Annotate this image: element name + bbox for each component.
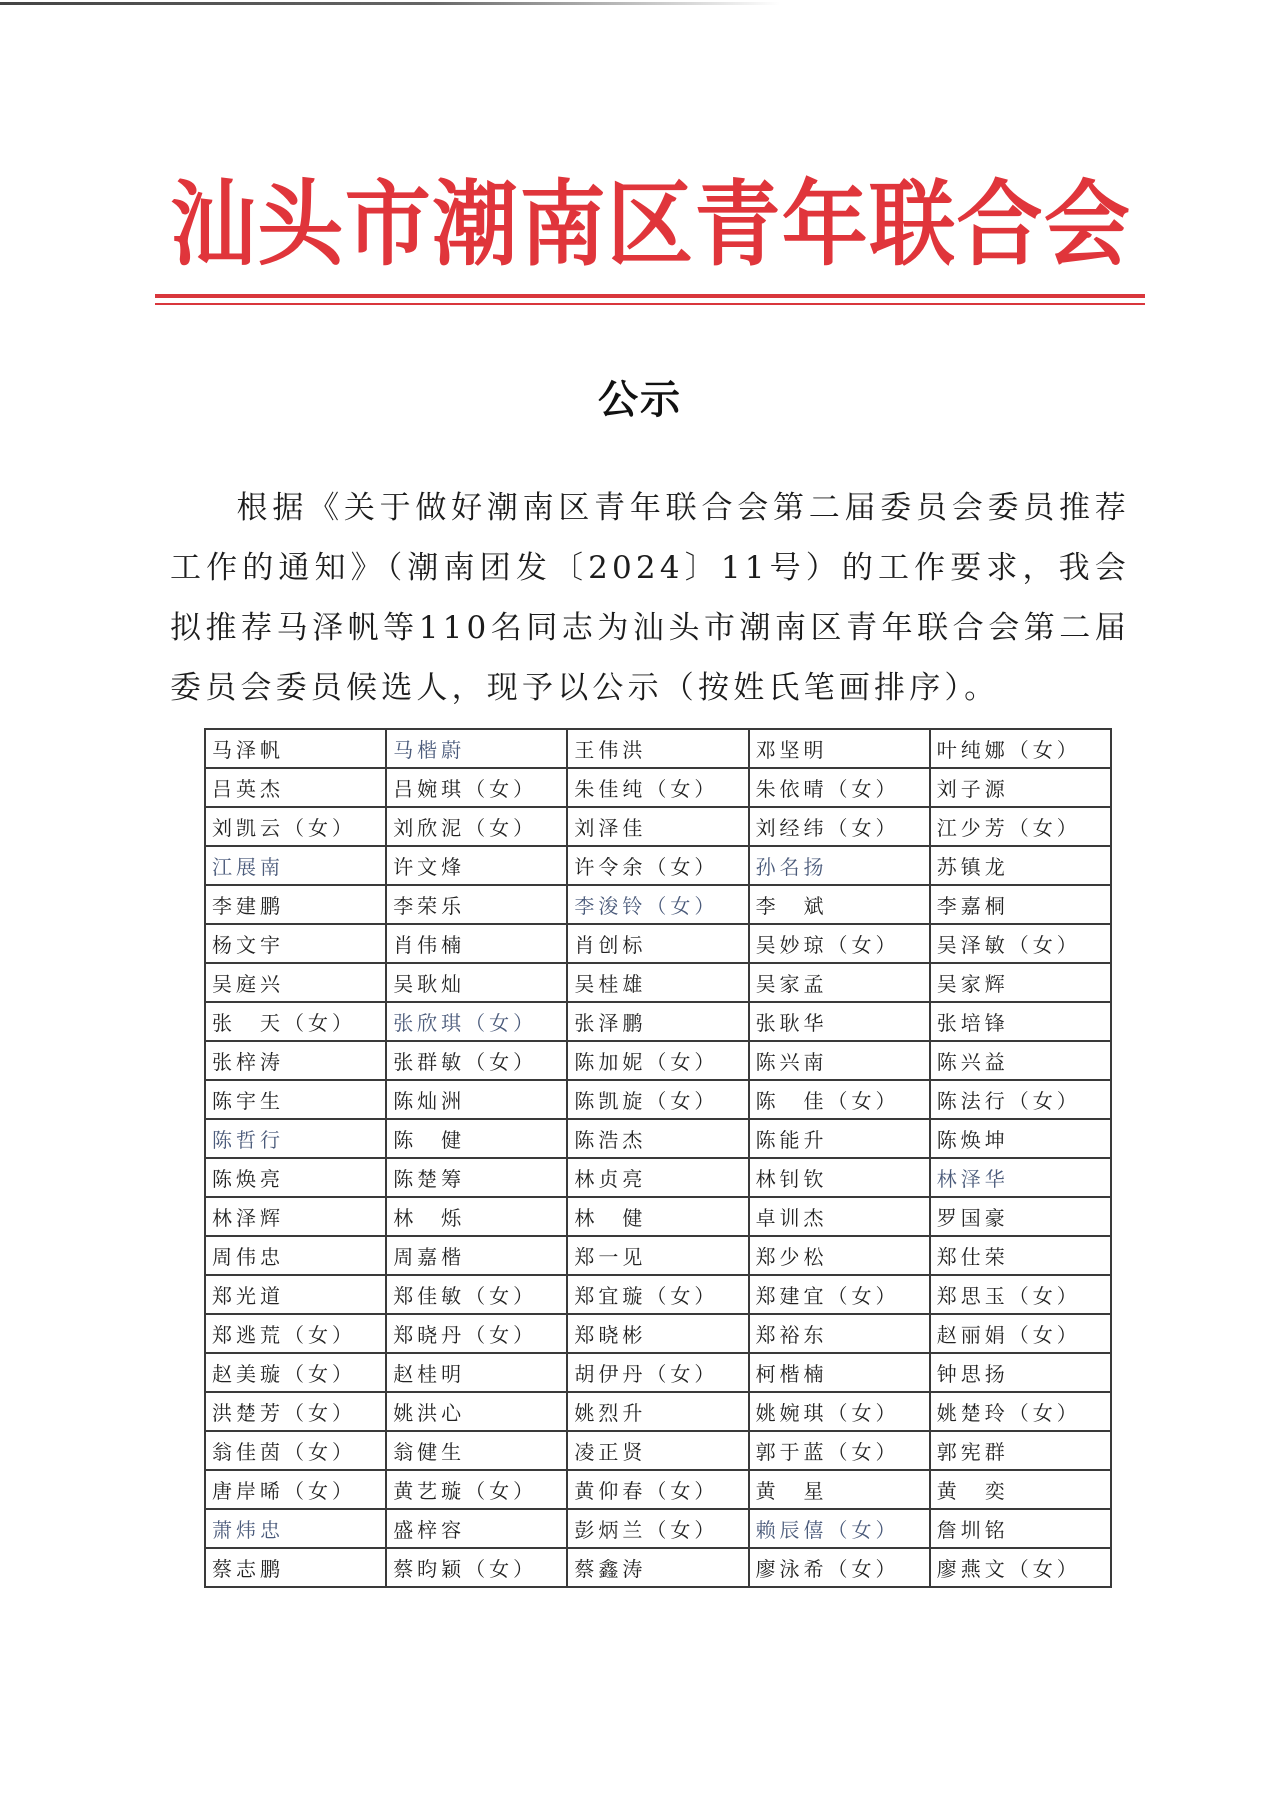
candidate-name-cell: 胡伊丹（女） <box>567 1353 748 1392</box>
candidate-name-cell: 马泽帆 <box>205 729 386 768</box>
letterhead-char: 联 <box>869 179 955 272</box>
table-row: 张 天（女）张欣琪（女）张泽鹏张耿华张培锋 <box>205 1002 1111 1041</box>
candidate-name-cell: 翁健生 <box>386 1431 567 1470</box>
candidate-name-cell: 郑少松 <box>749 1236 930 1275</box>
table-row: 陈哲行陈 健陈浩杰陈能升陈焕坤 <box>205 1119 1111 1158</box>
candidate-name-cell: 陈焕亮 <box>205 1158 386 1197</box>
candidate-name-cell: 吴耿灿 <box>386 963 567 1002</box>
candidate-name-cell: 张泽鹏 <box>567 1002 748 1041</box>
candidate-name-cell: 李建鹏 <box>205 885 386 924</box>
candidate-name-cell: 吴桂雄 <box>567 963 748 1002</box>
candidate-name-cell: 姚婉琪（女） <box>749 1392 930 1431</box>
candidate-name-cell: 洪楚芳（女） <box>205 1392 386 1431</box>
candidate-name-cell: 郭宪群 <box>930 1431 1111 1470</box>
candidate-name-cell: 张耿华 <box>749 1002 930 1041</box>
letterhead-char: 会 <box>1044 179 1130 272</box>
candidate-name-cell: 陈 佳（女） <box>749 1080 930 1119</box>
candidate-name-cell: 萧炜忠 <box>205 1509 386 1548</box>
candidate-name-cell: 陈哲行 <box>205 1119 386 1158</box>
candidate-name-cell: 廖燕文（女） <box>930 1548 1111 1587</box>
candidate-name-cell: 陈兴南 <box>749 1041 930 1080</box>
candidate-name-cell: 李荣乐 <box>386 885 567 924</box>
table-row: 萧炜忠盛梓容彭炳兰（女）赖辰僖（女）詹圳铭 <box>205 1509 1111 1548</box>
candidate-name-cell: 郑佳敏（女） <box>386 1275 567 1314</box>
document-title: 公示 <box>0 368 1280 425</box>
letterhead-org-name: 汕 头 市 潮 南 区 青 年 联 合 会 <box>170 170 1130 280</box>
candidate-name-cell: 郑裕东 <box>749 1314 930 1353</box>
candidate-name-cell: 陈浩杰 <box>567 1119 748 1158</box>
table-row: 江展南许文烽许令余（女）孙名扬苏镇龙 <box>205 846 1111 885</box>
letterhead-char: 南 <box>520 179 606 272</box>
candidate-name-cell: 蔡昀颖（女） <box>386 1548 567 1587</box>
candidate-name-cell: 陈灿洲 <box>386 1080 567 1119</box>
candidate-name-cell: 苏镇龙 <box>930 846 1111 885</box>
candidate-name-cell: 詹圳铭 <box>930 1509 1111 1548</box>
candidate-name-table: 马泽帆马楷蔚王伟洪邓坚明叶纯娜（女）吕英杰吕婉琪（女）朱佳纯（女）朱依晴（女）刘… <box>204 728 1112 1588</box>
letterhead-char: 头 <box>257 179 343 272</box>
candidate-name-cell: 蔡鑫涛 <box>567 1548 748 1587</box>
candidate-name-cell: 郑一见 <box>567 1236 748 1275</box>
candidate-name-cell: 张梓涛 <box>205 1041 386 1080</box>
letterhead-char: 合 <box>957 179 1043 272</box>
candidate-name-cell: 黄 星 <box>749 1470 930 1509</box>
table-row: 杨文宇肖伟楠肖创标吴妙琼（女）吴泽敏（女） <box>205 924 1111 963</box>
candidate-name-cell: 张培锋 <box>930 1002 1111 1041</box>
candidate-name-cell: 盛梓容 <box>386 1509 567 1548</box>
candidate-name-cell: 陈兴益 <box>930 1041 1111 1080</box>
candidate-name-cell: 杨文宇 <box>205 924 386 963</box>
table-row: 马泽帆马楷蔚王伟洪邓坚明叶纯娜（女） <box>205 729 1111 768</box>
candidate-name-cell: 黄艺璇（女） <box>386 1470 567 1509</box>
candidate-name-cell: 刘经纬（女） <box>749 807 930 846</box>
candidate-name-cell: 刘凯云（女） <box>205 807 386 846</box>
letterhead-char: 市 <box>345 179 431 272</box>
candidate-name-cell: 江展南 <box>205 846 386 885</box>
candidate-name-cell: 姚洪心 <box>386 1392 567 1431</box>
candidate-name-cell: 郑仕荣 <box>930 1236 1111 1275</box>
table-row: 吕英杰吕婉琪（女）朱佳纯（女）朱依晴（女）刘子源 <box>205 768 1111 807</box>
candidate-name-cell: 吕英杰 <box>205 768 386 807</box>
candidate-name-cell: 吕婉琪（女） <box>386 768 567 807</box>
candidate-name-cell: 陈焕坤 <box>930 1119 1111 1158</box>
candidate-name-cell: 李嘉桐 <box>930 885 1111 924</box>
candidate-name-cell: 林钊钦 <box>749 1158 930 1197</box>
table-row: 陈焕亮陈楚筹林贞亮林钊钦林泽华 <box>205 1158 1111 1197</box>
scan-artifact-line <box>0 2 780 5</box>
candidate-name-cell: 姚楚玲（女） <box>930 1392 1111 1431</box>
candidate-name-cell: 郑建宜（女） <box>749 1275 930 1314</box>
candidate-name-cell: 郑晓彬 <box>567 1314 748 1353</box>
candidate-name-cell: 吴庭兴 <box>205 963 386 1002</box>
candidate-name-cell: 张群敏（女） <box>386 1041 567 1080</box>
table-row: 唐岸晞（女）黄艺璇（女）黄仰春（女）黄 星黄 奕 <box>205 1470 1111 1509</box>
letterhead-char: 潮 <box>432 179 518 272</box>
candidate-name-cell: 许文烽 <box>386 846 567 885</box>
candidate-name-cell: 吴妙琼（女） <box>749 924 930 963</box>
table-row: 郑光道郑佳敏（女）郑宜璇（女）郑建宜（女）郑思玉（女） <box>205 1275 1111 1314</box>
letterhead-divider-thick <box>155 294 1145 298</box>
table-row: 刘凯云（女）刘欣泥（女）刘泽佳刘经纬（女）江少芳（女） <box>205 807 1111 846</box>
table-row: 林泽辉林 烁林 健卓训杰罗国豪 <box>205 1197 1111 1236</box>
candidate-name-cell: 吴家孟 <box>749 963 930 1002</box>
letterhead-divider-thin <box>155 303 1145 305</box>
candidate-name-cell: 陈凯旋（女） <box>567 1080 748 1119</box>
candidate-name-cell: 江少芳（女） <box>930 807 1111 846</box>
candidate-name-cell: 李 斌 <box>749 885 930 924</box>
candidate-name-cell: 马楷蔚 <box>386 729 567 768</box>
table-row: 蔡志鹏蔡昀颖（女）蔡鑫涛廖泳希（女）廖燕文（女） <box>205 1548 1111 1587</box>
candidate-name-cell: 王伟洪 <box>567 729 748 768</box>
table-row: 周伟忠周嘉楷郑一见郑少松郑仕荣 <box>205 1236 1111 1275</box>
table-row: 洪楚芳（女）姚洪心姚烈升姚婉琪（女）姚楚玲（女） <box>205 1392 1111 1431</box>
candidate-name-cell: 郑晓丹（女） <box>386 1314 567 1353</box>
candidate-name-cell: 李浚铃（女） <box>567 885 748 924</box>
candidate-name-cell: 叶纯娜（女） <box>930 729 1111 768</box>
candidate-name-cell: 林 健 <box>567 1197 748 1236</box>
table-row: 郑逃荒（女）郑晓丹（女）郑晓彬郑裕东赵丽娟（女） <box>205 1314 1111 1353</box>
candidate-name-cell: 朱依晴（女） <box>749 768 930 807</box>
candidate-name-cell: 林泽辉 <box>205 1197 386 1236</box>
candidate-name-cell: 林泽华 <box>930 1158 1111 1197</box>
candidate-name-cell: 林 烁 <box>386 1197 567 1236</box>
announcement-text: 根据《关于做好潮南区青年联合会第二届委员会委员推荐工作的通知》（潮南团发〔202… <box>170 490 1130 706</box>
candidate-name-cell: 翁佳茵（女） <box>205 1431 386 1470</box>
table-row: 张梓涛张群敏（女）陈加妮（女）陈兴南陈兴益 <box>205 1041 1111 1080</box>
announcement-paragraph: 根据《关于做好潮南区青年联合会第二届委员会委员推荐工作的通知》（潮南团发〔202… <box>170 478 1130 718</box>
candidate-name-cell: 郑思玉（女） <box>930 1275 1111 1314</box>
candidate-name-cell: 郑光道 <box>205 1275 386 1314</box>
candidate-name-cell: 彭炳兰（女） <box>567 1509 748 1548</box>
candidate-name-cell: 陈 健 <box>386 1119 567 1158</box>
candidate-name-cell: 郭于蓝（女） <box>749 1431 930 1470</box>
candidate-name-cell: 黄仰春（女） <box>567 1470 748 1509</box>
candidate-name-cell: 朱佳纯（女） <box>567 768 748 807</box>
candidate-name-cell: 周嘉楷 <box>386 1236 567 1275</box>
candidate-name-cell: 黄 奕 <box>930 1470 1111 1509</box>
candidate-name-cell: 肖伟楠 <box>386 924 567 963</box>
letterhead-char: 区 <box>607 179 693 272</box>
letterhead-char: 汕 <box>170 179 256 272</box>
candidate-name-cell: 郑宜璇（女） <box>567 1275 748 1314</box>
candidate-name-cell: 孙名扬 <box>749 846 930 885</box>
candidate-name-cell: 唐岸晞（女） <box>205 1470 386 1509</box>
letterhead-char: 青 <box>694 179 780 272</box>
candidate-name-cell: 卓训杰 <box>749 1197 930 1236</box>
candidate-name-cell: 许令余（女） <box>567 846 748 885</box>
candidate-name-cell: 郑逃荒（女） <box>205 1314 386 1353</box>
candidate-name-cell: 凌正贤 <box>567 1431 748 1470</box>
candidate-name-cell: 柯楷楠 <box>749 1353 930 1392</box>
candidate-name-cell: 廖泳希（女） <box>749 1548 930 1587</box>
candidate-name-cell: 林贞亮 <box>567 1158 748 1197</box>
candidate-name-cell: 赵桂明 <box>386 1353 567 1392</box>
candidate-name-cell: 蔡志鹏 <box>205 1548 386 1587</box>
candidate-name-cell: 罗国豪 <box>930 1197 1111 1236</box>
table-row: 李建鹏李荣乐李浚铃（女）李 斌李嘉桐 <box>205 885 1111 924</box>
candidate-name-cell: 刘泽佳 <box>567 807 748 846</box>
candidate-name-cell: 吴家辉 <box>930 963 1111 1002</box>
candidate-name-cell: 张欣琪（女） <box>386 1002 567 1041</box>
candidate-name-cell: 邓坚明 <box>749 729 930 768</box>
candidate-name-cell: 张 天（女） <box>205 1002 386 1041</box>
candidate-name-cell: 刘欣泥（女） <box>386 807 567 846</box>
candidate-name-cell: 赵美璇（女） <box>205 1353 386 1392</box>
candidate-name-cell: 周伟忠 <box>205 1236 386 1275</box>
candidate-name-cell: 陈法行（女） <box>930 1080 1111 1119</box>
candidate-name-cell: 赖辰僖（女） <box>749 1509 930 1548</box>
candidate-name-cell: 赵丽娟（女） <box>930 1314 1111 1353</box>
candidate-name-cell: 姚烈升 <box>567 1392 748 1431</box>
table-row: 翁佳茵（女）翁健生凌正贤郭于蓝（女）郭宪群 <box>205 1431 1111 1470</box>
table-row: 陈宇生陈灿洲陈凯旋（女）陈 佳（女）陈法行（女） <box>205 1080 1111 1119</box>
table-row: 赵美璇（女）赵桂明胡伊丹（女）柯楷楠钟思扬 <box>205 1353 1111 1392</box>
candidate-name-cell: 肖创标 <box>567 924 748 963</box>
candidate-name-cell: 陈能升 <box>749 1119 930 1158</box>
candidate-name-cell: 刘子源 <box>930 768 1111 807</box>
letterhead-char: 年 <box>782 179 868 272</box>
candidate-name-cell: 钟思扬 <box>930 1353 1111 1392</box>
candidate-name-cell: 陈楚筹 <box>386 1158 567 1197</box>
candidate-name-cell: 陈加妮（女） <box>567 1041 748 1080</box>
table-row: 吴庭兴吴耿灿吴桂雄吴家孟吴家辉 <box>205 963 1111 1002</box>
candidate-name-cell: 陈宇生 <box>205 1080 386 1119</box>
candidate-name-cell: 吴泽敏（女） <box>930 924 1111 963</box>
